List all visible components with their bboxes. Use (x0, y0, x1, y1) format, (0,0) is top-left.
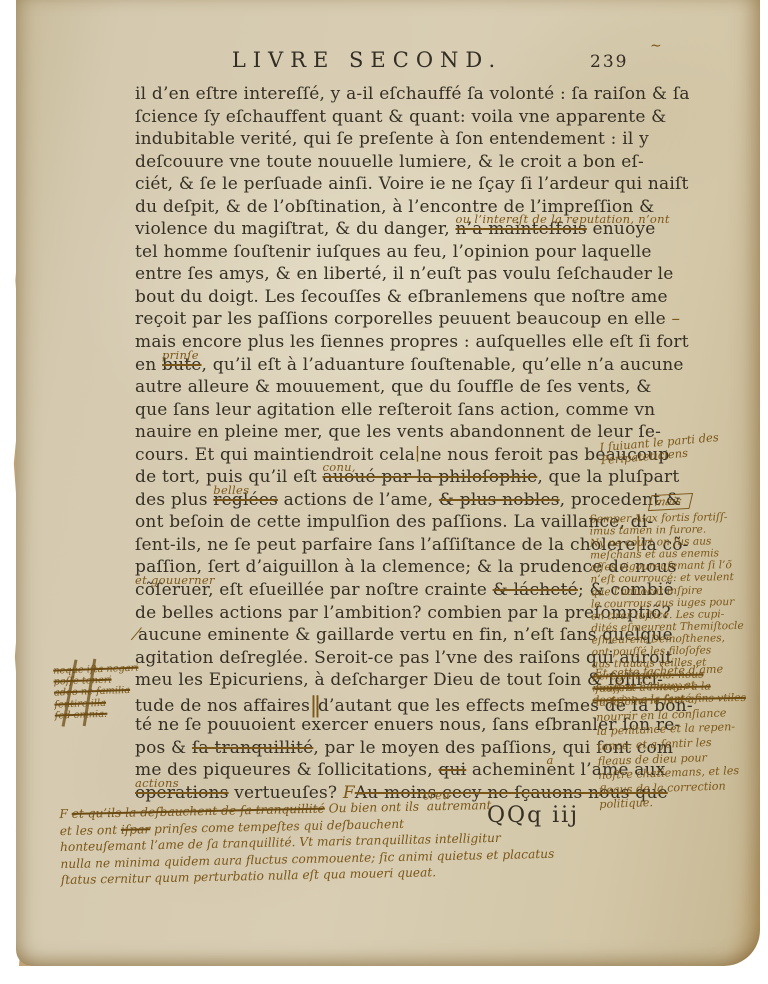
text-line: reçoit par les paſſions corporelles peuu… (135, 309, 615, 332)
text-line: autre alleure & mouuement, que du ſouffl… (135, 377, 615, 400)
text-line: tude de nos affaires∣∣d’autant que les e… (135, 693, 615, 716)
text-line: il d’en eſtre intereſſé, y a-il eſchauff… (135, 84, 615, 107)
text-line: bout du doigt. Les ſecouſſes & eſbranlem… (135, 287, 615, 310)
text-line: mais (653, 494, 683, 508)
ink-mark-above-page-number: ∼ (650, 38, 662, 54)
bottom-handwritten-addition: F et qu’ils la deſbauchent de ſa tranqui… (59, 792, 741, 889)
margin-note-facheté-d-ame: Et cette facheté d’ameſouffrir l’ennuy e… (595, 661, 768, 813)
text-line: et gouuernercõſeruer, eſt eſueillée par … (135, 580, 615, 603)
text-line: que ſans leur agitation elle reſteroit ſ… (135, 400, 615, 423)
text-line: violence du magiſtrat, & du danger, ou l… (135, 219, 615, 242)
text-line: ſcience ſy eſchauffent quant & quant: vo… (135, 107, 615, 130)
text-line: deſcouure vne toute nouuelle lumiere, & … (135, 152, 615, 175)
text-line: pos & ſa tranquillité, par le moyen des … (135, 738, 615, 761)
margin-note-left-struck-latin: neque iſta negaripoſſe teneriadeo ne fam… (53, 662, 147, 721)
text-line: en prinſebute, qu’il eſt à l’aduanture ſ… (135, 355, 615, 378)
text-line: agitation deſreglée. Seroit-ce pas l’vne… (135, 648, 615, 671)
page-title: LIVRE SECOND. (132, 48, 602, 72)
body-text: il d’en eſtre intereſſé, y a-il eſchauff… (135, 84, 615, 806)
text-line: meu les Epicuriens, à deſcharger Dieu de… (135, 670, 615, 693)
text-line: ⁄aucune eminente & gaillarde vertu en fi… (135, 625, 615, 648)
text-line: ſent-ils, ne ſe peut parfaire ſans l’aſſ… (135, 535, 615, 558)
text-line: ont beſoin de cette impulſion des paſſio… (135, 512, 615, 535)
text-line: tel homme ſouſtenir iuſques au feu, l’op… (135, 242, 615, 265)
text-line: indubitable verité, qui ſe preſente à ſo… (135, 129, 615, 152)
text-line: me des piqueures & ſollicitations, qui a… (135, 760, 615, 783)
page-number: 239 (590, 52, 628, 72)
text-line: ciét, & ſe le perſuade ainſi. Voire ie n… (135, 174, 615, 197)
text-line: de belles actions par l’ambition? combie… (135, 603, 615, 626)
text-line: mais encore plus les ſiennes propres : a… (135, 332, 615, 355)
text-line: entre ſes amys, & en liberté, il n’euſt … (135, 264, 615, 287)
book-page-scan: LIVRE SECOND. 239 ∼ il d’en eſtre intere… (0, 0, 768, 984)
text-line: de tort, puis qu’il eſt conu,auoué par l… (135, 467, 615, 490)
text-line: nauire en pleine mer, que les vents aban… (135, 422, 615, 445)
margin-note-mais-boxed: mais (648, 493, 693, 511)
text-line: des plus bellesreglées actions de l’ame,… (135, 490, 615, 513)
text-line: té ne ſe pouuoient exercer enuers nous, … (135, 715, 615, 738)
text-line: cours. Et qui maintiendroit cela∣ne nous… (135, 445, 615, 468)
